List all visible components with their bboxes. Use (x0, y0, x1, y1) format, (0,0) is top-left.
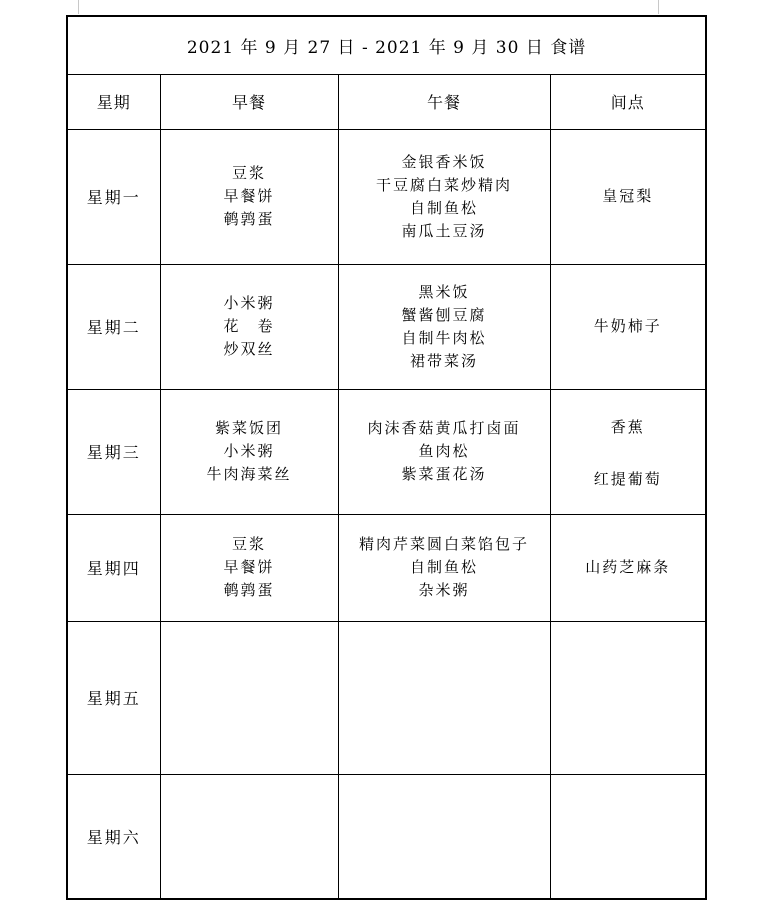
text-boundary-mark-left (78, 0, 79, 14)
menu-row-monday: 星期一 豆浆 早餐饼 鹌鹑蛋 金银香米饭 干豆腐白菜炒精肉 自制鱼松 南瓜土豆汤… (67, 129, 706, 264)
column-header-breakfast: 早餐 (160, 74, 338, 129)
menu-row-saturday: 星期六 (67, 774, 706, 899)
header-row: 星期 早餐 午餐 间点 (67, 74, 706, 129)
breakfast-cell: 豆浆 早餐饼 鹌鹑蛋 (160, 129, 338, 264)
day-label: 星期五 (67, 621, 160, 774)
breakfast-cell: 小米粥 花 卷 炒双丝 (160, 264, 338, 389)
breakfast-cell (160, 774, 338, 899)
day-label: 星期四 (67, 514, 160, 621)
snack-cell: 香蕉 红提葡萄 (550, 389, 706, 514)
day-label: 星期一 (67, 129, 160, 264)
lunch-cell: 肉沫香菇黄瓜打卤面 鱼肉松 紫菜蛋花汤 (338, 389, 550, 514)
day-label: 星期三 (67, 389, 160, 514)
menu-table: 2021 年 9 月 27 日 - 2021 年 9 月 30 日 食谱 星期 … (66, 15, 707, 900)
menu-row-tuesday: 星期二 小米粥 花 卷 炒双丝 黑米饭 蟹酱刨豆腐 自制牛肉松 裙带菜汤 牛奶柿… (67, 264, 706, 389)
lunch-cell: 精肉芹菜圆白菜馅包子 自制鱼松 杂米粥 (338, 514, 550, 621)
text-boundary-mark-right (658, 0, 659, 14)
menu-row-friday: 星期五 (67, 621, 706, 774)
lunch-cell: 黑米饭 蟹酱刨豆腐 自制牛肉松 裙带菜汤 (338, 264, 550, 389)
snack-cell: 牛奶柿子 (550, 264, 706, 389)
menu-row-thursday: 星期四 豆浆 早餐饼 鹌鹑蛋 精肉芹菜圆白菜馅包子 自制鱼松 杂米粥 山药芝麻条 (67, 514, 706, 621)
table-title: 2021 年 9 月 27 日 - 2021 年 9 月 30 日 食谱 (67, 16, 706, 74)
column-header-snack: 间点 (550, 74, 706, 129)
column-header-lunch: 午餐 (338, 74, 550, 129)
day-label: 星期二 (67, 264, 160, 389)
day-label: 星期六 (67, 774, 160, 899)
breakfast-cell (160, 621, 338, 774)
lunch-cell: 金银香米饭 干豆腐白菜炒精肉 自制鱼松 南瓜土豆汤 (338, 129, 550, 264)
breakfast-cell: 豆浆 早餐饼 鹌鹑蛋 (160, 514, 338, 621)
snack-cell: 山药芝麻条 (550, 514, 706, 621)
lunch-cell (338, 621, 550, 774)
lunch-cell (338, 774, 550, 899)
snack-cell (550, 621, 706, 774)
document-page: 2021 年 9 月 27 日 - 2021 年 9 月 30 日 食谱 星期 … (0, 0, 770, 906)
breakfast-cell: 紫菜饭团 小米粥 牛肉海菜丝 (160, 389, 338, 514)
snack-cell: 皇冠梨 (550, 129, 706, 264)
snack-cell (550, 774, 706, 899)
menu-row-wednesday: 星期三 紫菜饭团 小米粥 牛肉海菜丝 肉沫香菇黄瓜打卤面 鱼肉松 紫菜蛋花汤 香… (67, 389, 706, 514)
title-row: 2021 年 9 月 27 日 - 2021 年 9 月 30 日 食谱 (67, 16, 706, 74)
column-header-day: 星期 (67, 74, 160, 129)
